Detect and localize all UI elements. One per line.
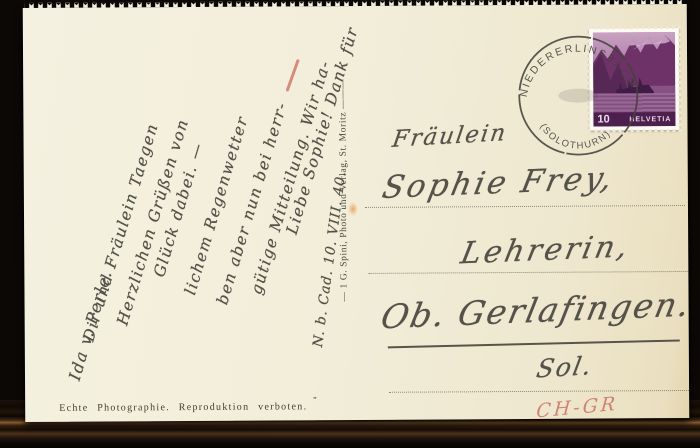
imprint-mark: ”	[313, 395, 317, 404]
photo-imprint: Echte Photographie. Reproduktion verbote…	[59, 401, 307, 414]
postmark: NIEDERERLINSBACH (SOLOTHURN)	[512, 29, 645, 162]
address-dotted-line	[389, 390, 689, 393]
postcard-photo-scene: Liebe Sophie! Dank für gütige Mitteilung…	[0, 0, 700, 448]
address-salutation: Fräulein	[391, 120, 509, 153]
address-name: Sophie Frey,	[379, 160, 618, 206]
town-underline	[388, 339, 680, 348]
address-dotted-line	[368, 271, 688, 274]
message-signature: Ida v. Perle.	[66, 267, 116, 382]
publisher-line: — 1 G. Spini, Photo und Verlag, St. Mori…	[338, 20, 356, 360]
address-dotted-line	[365, 205, 685, 208]
red-pencil-mark	[286, 59, 300, 92]
postmark-date-smudge	[558, 89, 598, 103]
deckled-edge	[25, 0, 685, 8]
annotation-ch-gr: CH-GR	[535, 393, 618, 423]
address-town: Ob. Gerlafingen.	[378, 284, 695, 336]
address-canton: Sol.	[534, 351, 596, 384]
address-occupation: Lehrerin,	[458, 229, 634, 271]
postcard: Liebe Sophie! Dank für gütige Mitteilung…	[23, 4, 690, 422]
paper-stain	[348, 202, 358, 216]
